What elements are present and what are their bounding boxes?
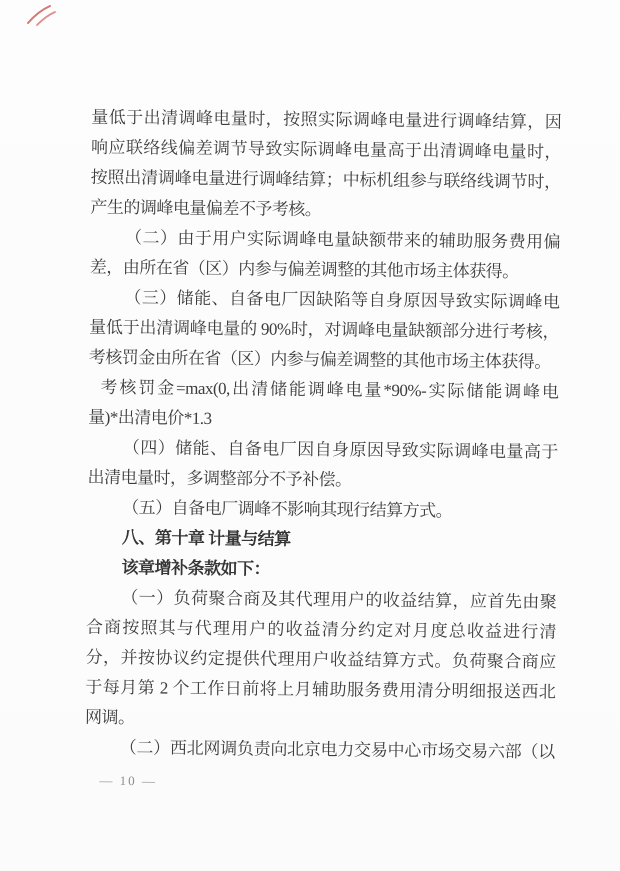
text-line: （二）由于用户实际调峰电量缺额带来的辅助服务费用偏 xyxy=(90,223,560,258)
text-line: 出清电量时，多调整部分不予补偿。 xyxy=(87,463,557,498)
scan-content-block: 量低于出清调峰电量时，按照实际调峰电量进行调峰结算，因响应联络线偏差调节导致实际… xyxy=(0,0,620,871)
text-line: （一）负荷聚合商及其代理用户的收益结算，应首先由聚 xyxy=(86,583,556,618)
text-line: 网调。 xyxy=(85,703,555,738)
text-line: 量低于出清调峰电量的 90%时，对调峰电量缺额部分进行考核， xyxy=(89,313,559,348)
text-line: （三）储能、自备电厂因缺陷等自身原因导致实际调峰电 xyxy=(89,283,559,318)
text-line: 八、第十章 计量与结算 xyxy=(87,523,557,558)
text-line: 分，并按协议约定提供代理用户收益结算方式。负荷聚合商应 xyxy=(86,643,556,678)
text-line: 于每月第 2 个工作日前将上月辅助服务费用清分明细报送西北 xyxy=(85,673,555,708)
text-line: （四）储能、自备电厂因自身原因导致实际调峰电量高于 xyxy=(88,433,558,468)
text-line: 差，由所在省（区）内参与偏差调整的其他市场主体获得。 xyxy=(90,253,560,288)
text-line: （二）西北网调负责向北京电力交易中心市场交易六部（以 xyxy=(85,733,555,768)
text-line: 按照出清调峰电量进行调峰结算；中标机组参与联络线调节时， xyxy=(91,163,561,198)
text-line: （五）自备电厂调峰不影响其现行结算方式。 xyxy=(87,493,557,528)
text-line: 考核罚金=max(0,出清储能调峰电量*90%-实际储能调峰电 xyxy=(88,373,558,408)
text-line: 考核罚金由所在省（区）内参与偏差调整的其他市场主体获得。 xyxy=(89,343,559,378)
text-line: 量低于出清调峰电量时，按照实际调峰电量进行调峰结算，因 xyxy=(91,103,561,138)
text-line: 量)*出清电价*1.3 xyxy=(88,403,558,438)
text-line: 该章增补条款如下： xyxy=(86,553,556,588)
scanned-document-page: 量低于出清调峰电量时，按照实际调峰电量进行调峰结算，因响应联络线偏差调节导致实际… xyxy=(0,0,620,871)
page-number: — 10 — xyxy=(99,772,157,791)
document-body: 量低于出清调峰电量时，按照实际调峰电量进行调峰结算，因响应联络线偏差调节导致实际… xyxy=(85,103,562,768)
text-line: 产生的调峰电量偏差不予考核。 xyxy=(90,193,560,228)
text-line: 响应联络线偏差调节导致实际调峰电量高于出清调峰电量时， xyxy=(91,133,561,168)
text-line: 合商按照其与代理用户的收益清分约定对月度总收益进行清 xyxy=(86,613,556,648)
